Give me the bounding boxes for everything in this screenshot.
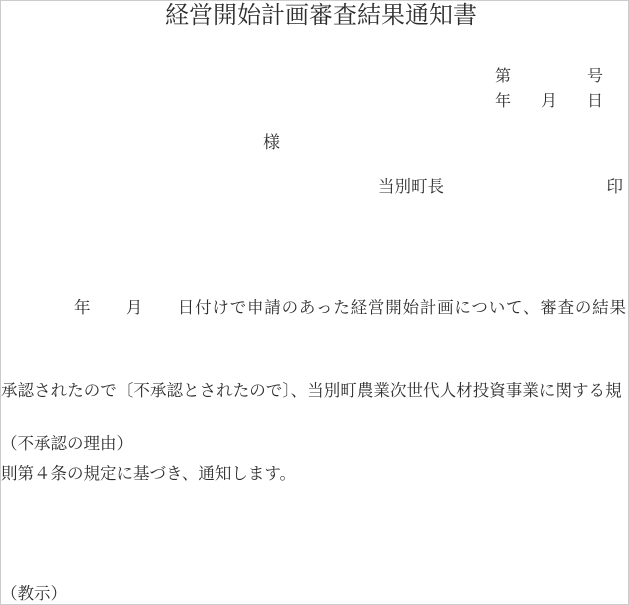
body-line-2: 承認されたので〔不承認とされたので〕、当別町農業次世代人材投資事業に関する規: [1, 377, 629, 405]
date-line: 年 月 日: [495, 92, 603, 111]
doc-number-suffix: 号: [587, 67, 603, 86]
seal-mark: 印: [607, 177, 624, 197]
instruction-heading: （教示）: [1, 584, 67, 604]
document-page: 経営開始計画審査結果通知書 第 号 年 月 日 様 当別町長 印 年 月 日付け…: [0, 0, 629, 605]
addressee-honorific: 様: [263, 133, 280, 153]
page-title: 経営開始計画審査結果通知書: [165, 3, 477, 29]
doc-number-line: 第 号: [495, 67, 603, 86]
body-line-3: 則第４条の規定に基づき、通知します。: [1, 460, 629, 488]
sender-line: 当別町長 印: [378, 177, 623, 197]
sender-title: 当別町長: [378, 177, 444, 197]
body-line-1: 年 月 日付けで申請のあった経営開始計画について、審査の結果: [1, 294, 629, 322]
date-day-label: 日: [587, 92, 603, 111]
disapproval-reason-heading: （不承認の理由）: [1, 434, 133, 454]
date-year-label: 年: [495, 92, 511, 111]
date-month-label: 月: [541, 92, 557, 111]
doc-number-prefix: 第: [495, 67, 511, 86]
body-paragraph: 年 月 日付けで申請のあった経営開始計画について、審査の結果 承認されたので〔不…: [1, 239, 629, 543]
